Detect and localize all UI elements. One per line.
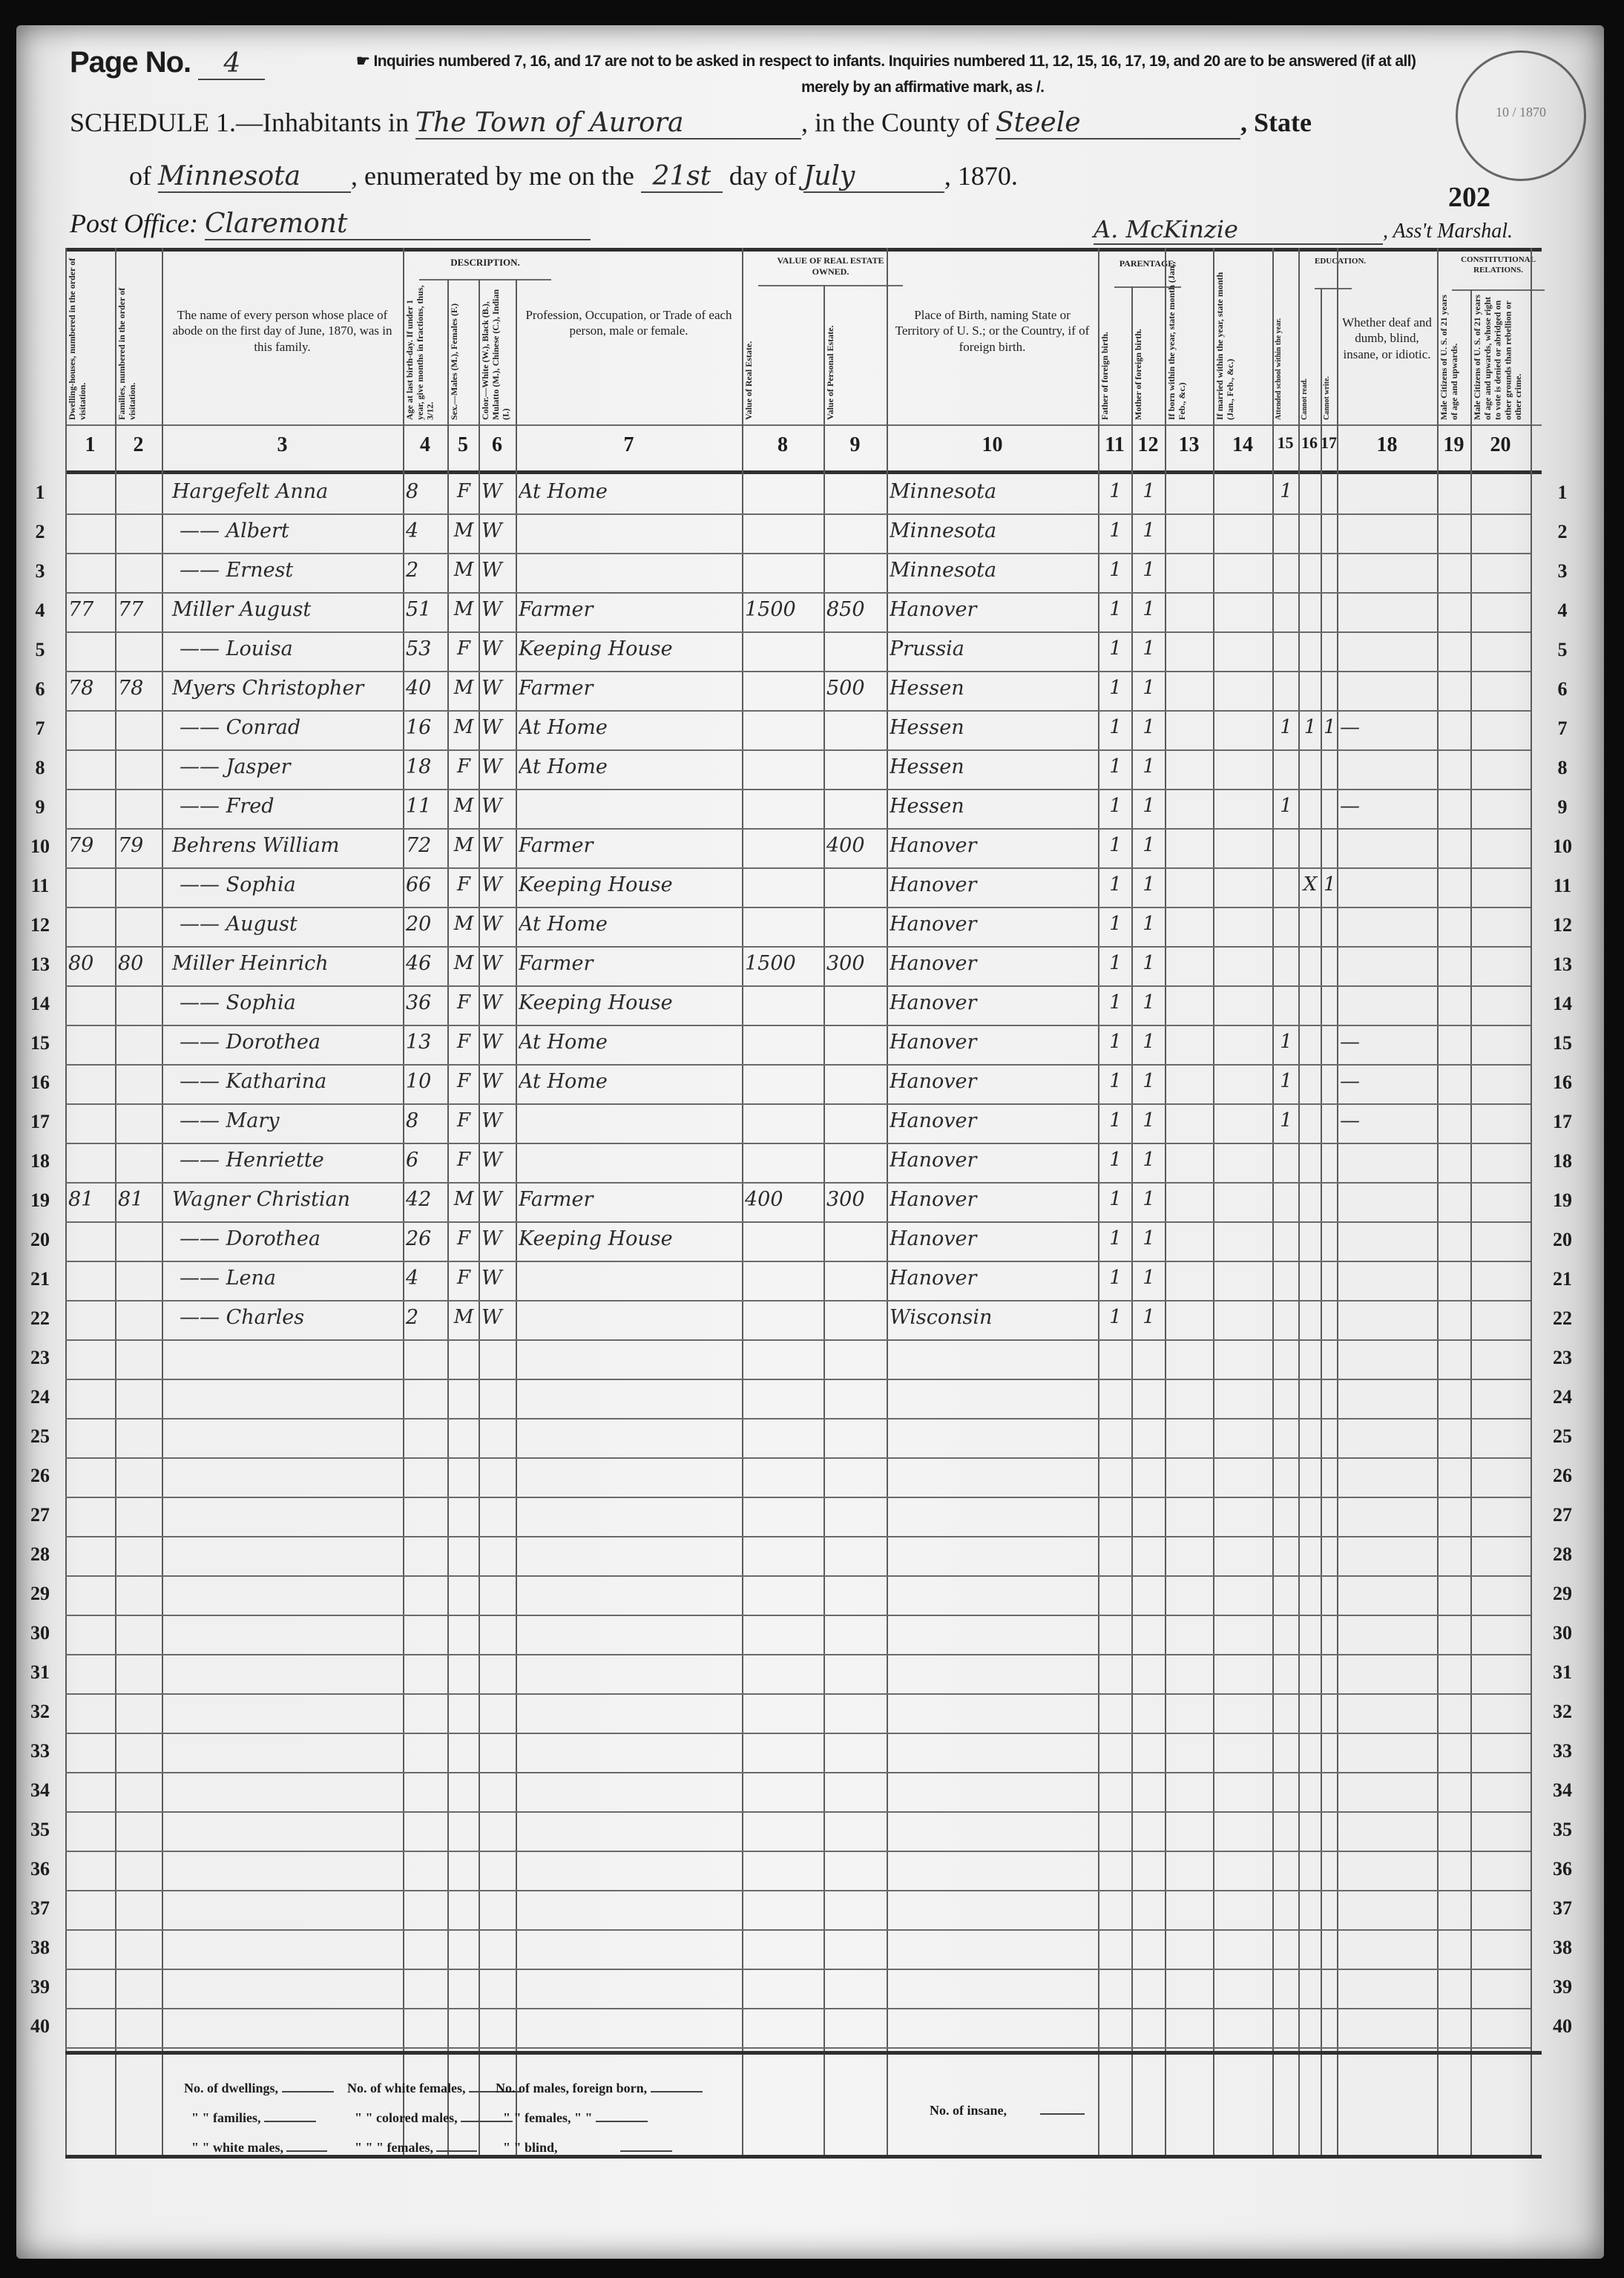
row-rule: [65, 1890, 1531, 1891]
day-value: 21st: [641, 161, 723, 193]
sheet-number: 202: [1448, 181, 1490, 214]
cell-name: —— Ernest: [165, 559, 416, 582]
cell-personal: 300: [826, 952, 885, 975]
state-value: Minnesota: [158, 161, 351, 193]
line-number: 31: [1549, 1661, 1576, 1684]
cell-mother_foreign: 1: [1134, 519, 1163, 542]
column-header-9: Value of Personal Estate.: [826, 288, 884, 420]
cell-family: 80: [118, 952, 160, 975]
line-number: 3: [27, 560, 53, 582]
line-number: 8: [27, 757, 53, 779]
cell-sex: F: [450, 873, 477, 896]
cell-sex: F: [450, 637, 477, 660]
line-number: 12: [1549, 914, 1576, 936]
cell-sex: F: [450, 1109, 477, 1132]
cell-age: 6: [406, 1149, 446, 1172]
cell-occupation: Keeping House: [519, 1227, 740, 1250]
cell-age: 13: [406, 1031, 446, 1054]
cell-name: Behrens William: [165, 834, 409, 857]
cell-mother_foreign: 1: [1134, 913, 1163, 935]
group-rule: [758, 285, 903, 286]
line-number: 22: [1549, 1307, 1576, 1330]
cell-mother_foreign: 1: [1134, 873, 1163, 896]
county-label: , in the County of: [801, 108, 989, 137]
footer-dwellings: No. of dwellings,: [184, 2081, 334, 2096]
row-rule: [65, 1536, 1531, 1537]
column-divider: [447, 279, 449, 2155]
cell-color: W: [481, 716, 514, 739]
group-rule: [419, 279, 551, 280]
footer-blind: " " blind,: [503, 2140, 672, 2156]
stamp-text: 10 / 1870: [1458, 105, 1584, 120]
cell-occupation: At Home: [519, 1031, 740, 1054]
column-number-7: 7: [516, 433, 742, 457]
row-rule: [65, 1969, 1531, 1970]
of-label: of: [129, 161, 151, 191]
schedule-label: SCHEDULE 1.—Inhabitants in: [70, 108, 409, 137]
line-number: 25: [1549, 1425, 1576, 1448]
cell-school: 1: [1275, 1031, 1297, 1053]
column-header-19: Male Citizens of U. S. of 21 years of ag…: [1439, 292, 1468, 420]
marshal-line: A. McKinzie, Ass't Marshal.: [1094, 215, 1513, 245]
cell-deaf: —: [1340, 1109, 1436, 1132]
cell-father_foreign: 1: [1101, 1031, 1130, 1053]
line-number: 38: [27, 1937, 53, 1959]
line-number: 28: [1549, 1543, 1576, 1566]
row-rule: [65, 946, 1531, 948]
cell-family: 81: [118, 1188, 160, 1211]
cell-sex: M: [450, 519, 477, 542]
cell-birthplace: Hanover: [890, 1109, 1097, 1132]
group-value: VALUE OF REAL ESTATE OWNED.: [758, 255, 903, 278]
cell-color: W: [481, 755, 514, 778]
column-header-5: Sex.—Males (M.), Females (F.): [450, 282, 476, 420]
cell-sex: M: [450, 1188, 477, 1210]
cell-name: —— Sophia: [165, 873, 416, 896]
cell-father_foreign: 1: [1101, 519, 1130, 542]
cell-mother_foreign: 1: [1134, 1267, 1163, 1289]
line-number: 37: [1549, 1897, 1576, 1920]
cell-school: 1: [1275, 1070, 1297, 1092]
cell-name: —— Henriette: [165, 1149, 416, 1172]
cell-occupation: At Home: [519, 913, 740, 936]
instructions-line-1: ☛ Inquiries numbered 7, 16, and 17 are n…: [356, 52, 1416, 70]
row-rule: [65, 1339, 1531, 1341]
line-number: 29: [1549, 1583, 1576, 1605]
column-divider: [115, 248, 116, 2155]
cell-occupation: At Home: [519, 755, 740, 778]
cell-dwelling: 80: [68, 952, 114, 975]
cell-father_foreign: 1: [1101, 834, 1130, 856]
column-divider: [162, 248, 163, 2155]
cell-sex: F: [450, 1031, 477, 1053]
cell-sex: F: [450, 1267, 477, 1289]
cell-color: W: [481, 1149, 514, 1172]
column-divider: [479, 279, 480, 2155]
row-rule: [65, 749, 1531, 751]
column-number-1: 1: [65, 433, 115, 457]
row-rule: [65, 1693, 1531, 1695]
cell-birthplace: Hanover: [890, 991, 1097, 1014]
cell-family: 79: [118, 834, 160, 857]
line-number: 40: [27, 2015, 53, 2038]
column-number-11: 11: [1098, 433, 1131, 457]
column-number-3: 3: [162, 433, 403, 457]
row-rule: [65, 1811, 1531, 1813]
cell-name: Miller Heinrich: [165, 952, 409, 975]
column-number-6: 6: [479, 433, 516, 457]
column-header-14: If married within the year, state month …: [1215, 252, 1270, 420]
group-education: EDUCATION.: [1315, 257, 1352, 267]
cell-age: 26: [406, 1227, 446, 1250]
page-number-label: Page No. 4: [70, 46, 265, 80]
cell-age: 4: [406, 1267, 446, 1290]
line-number: 24: [27, 1386, 53, 1408]
cell-age: 8: [406, 1109, 446, 1132]
cell-father_foreign: 1: [1101, 873, 1130, 896]
cell-cannot_read: X: [1301, 873, 1319, 896]
cell-age: 66: [406, 873, 446, 896]
cell-color: W: [481, 480, 514, 503]
footer-white-females: No. of white females,: [347, 2081, 521, 2096]
column-header-12: Mother of foreign birth.: [1134, 289, 1163, 420]
column-divider: [65, 248, 67, 2155]
cell-age: 2: [406, 1306, 446, 1329]
line-number: 33: [1549, 1740, 1576, 1762]
line-number: 11: [27, 875, 53, 897]
line-number: 14: [27, 993, 53, 1015]
cell-birthplace: Hessen: [890, 677, 1097, 700]
cell-father_foreign: 1: [1101, 952, 1130, 974]
cell-father_foreign: 1: [1101, 598, 1130, 620]
cell-name: —— Katharina: [165, 1070, 416, 1093]
cell-color: W: [481, 1031, 514, 1054]
footer-families: " " families,: [191, 2110, 316, 2126]
line-number: 20: [27, 1229, 53, 1251]
footer-top-rule: [65, 2051, 1542, 2055]
column-divider: [1272, 248, 1274, 2155]
column-header-17: Cannot write.: [1323, 291, 1335, 420]
cell-occupation: Keeping House: [519, 991, 740, 1014]
cell-birthplace: Hanover: [890, 1070, 1097, 1093]
cell-personal: 300: [826, 1188, 885, 1211]
cell-school: 1: [1275, 795, 1297, 817]
cell-age: 2: [406, 559, 446, 582]
cell-school: 1: [1275, 480, 1297, 502]
row-rule: [65, 2008, 1531, 2009]
cell-name: —— Charles: [165, 1306, 416, 1329]
column-number-20: 20: [1470, 433, 1531, 457]
cell-real: 1500: [745, 598, 822, 621]
line-number: 3: [1549, 560, 1576, 582]
line-number: 27: [1549, 1504, 1576, 1526]
cell-color: W: [481, 913, 514, 936]
column-divider: [1437, 248, 1439, 2155]
line-number: 35: [1549, 1819, 1576, 1841]
cell-color: W: [481, 1070, 514, 1093]
line-number: 17: [27, 1111, 53, 1133]
cell-personal: 500: [826, 677, 885, 700]
column-divider: [1131, 286, 1133, 2155]
cell-sex: M: [450, 834, 477, 856]
row-rule: [65, 2047, 1531, 2049]
cell-birthplace: Hanover: [890, 834, 1097, 857]
line-number: 13: [27, 953, 53, 976]
line-number: 12: [27, 914, 53, 936]
line-number: 33: [27, 1740, 53, 1762]
cell-occupation: Farmer: [519, 952, 740, 975]
column-header-13: If born within the year, state month (Ja…: [1167, 252, 1211, 420]
schedule-line: SCHEDULE 1.—Inhabitants in The Town of A…: [70, 107, 1312, 139]
cell-mother_foreign: 1: [1134, 637, 1163, 660]
cell-father_foreign: 1: [1101, 1070, 1130, 1092]
cell-sex: F: [450, 1070, 477, 1092]
cell-mother_foreign: 1: [1134, 1149, 1163, 1171]
line-number: 18: [1549, 1150, 1576, 1172]
cell-birthplace: Hanover: [890, 1227, 1097, 1250]
cell-age: 20: [406, 913, 446, 936]
line-number: 28: [27, 1543, 53, 1566]
column-header-16: Cannot read.: [1301, 291, 1318, 420]
column-number-17: 17: [1321, 433, 1337, 453]
row-rule: [65, 1261, 1531, 1262]
line-number: 39: [1549, 1976, 1576, 1998]
census-table: DESCRIPTION. VALUE OF REAL ESTATE OWNED.…: [65, 248, 1542, 2147]
month-value: July: [803, 161, 944, 193]
cell-sex: F: [450, 480, 477, 502]
cell-color: W: [481, 795, 514, 818]
cell-sex: M: [450, 952, 477, 974]
line-number: 21: [1549, 1268, 1576, 1290]
column-divider: [823, 285, 825, 2155]
county-value: Steele: [996, 108, 1240, 139]
row-rule: [65, 1143, 1531, 1144]
column-divider: [887, 248, 888, 2155]
line-number: 15: [27, 1032, 53, 1054]
enumerated-label: , enumerated by me on the: [351, 161, 634, 191]
column-divider: [1213, 248, 1214, 2155]
cell-name: Miller August: [165, 598, 409, 621]
column-divider: [1298, 248, 1300, 2155]
line-number: 26: [1549, 1465, 1576, 1487]
line-number: 27: [27, 1504, 53, 1526]
line-number: 39: [27, 1976, 53, 1998]
line-number: 34: [27, 1779, 53, 1802]
cell-occupation: Keeping House: [519, 637, 740, 660]
line-number: 2: [27, 521, 53, 543]
cell-mother_foreign: 1: [1134, 559, 1163, 581]
cell-name: —— August: [165, 913, 416, 936]
cell-name: —— Fred: [165, 795, 416, 818]
cell-occupation: Keeping House: [519, 873, 740, 896]
line-number: 34: [1549, 1779, 1576, 1802]
column-number-8: 8: [742, 433, 823, 457]
cell-birthplace: Hessen: [890, 795, 1097, 818]
line-number: 15: [1549, 1032, 1576, 1054]
line-number: 40: [1549, 2015, 1576, 2038]
enumeration-line: of Minnesota, enumerated by me on the 21…: [129, 160, 1018, 193]
cell-sex: M: [450, 598, 477, 620]
column-number-13: 13: [1165, 433, 1213, 457]
day-of-label: day of: [729, 161, 797, 191]
footer-insane: No. of insane,: [930, 2103, 1085, 2118]
cell-sex: M: [450, 913, 477, 935]
line-number: 26: [27, 1465, 53, 1487]
cell-color: W: [481, 559, 514, 582]
cell-age: 42: [406, 1188, 446, 1211]
cell-mother_foreign: 1: [1134, 952, 1163, 974]
column-number-15: 15: [1272, 433, 1298, 453]
cell-name: —— Mary: [165, 1109, 416, 1132]
column-header-7: Profession, Occupation, or Trade of each…: [520, 307, 737, 339]
cell-father_foreign: 1: [1101, 991, 1130, 1014]
column-header-10: Place of Birth, naming State or Territor…: [891, 307, 1094, 355]
year-label: , 1870.: [944, 161, 1018, 191]
cell-occupation: Farmer: [519, 677, 740, 700]
post-office-line: Post Office: Claremont: [70, 208, 591, 240]
footer-foreign-females: " " females, " ": [503, 2110, 648, 2126]
row-rule: [65, 1025, 1531, 1026]
line-number: 30: [27, 1622, 53, 1644]
row-rule: [65, 1615, 1531, 1616]
cell-birthplace: Hanover: [890, 598, 1097, 621]
row-rule: [65, 828, 1531, 830]
cell-deaf: —: [1340, 1031, 1436, 1054]
cell-color: W: [481, 1267, 514, 1290]
cell-age: 4: [406, 519, 446, 542]
column-header-8: Value of Real Estate.: [744, 288, 821, 420]
line-number: 30: [1549, 1622, 1576, 1644]
column-number-18: 18: [1337, 433, 1437, 457]
census-sheet: Page No. 4 ☛ Inquiries numbered 7, 16, a…: [16, 25, 1604, 2259]
cell-age: 40: [406, 677, 446, 700]
column-header-3: The name of every person whose place of …: [166, 307, 398, 355]
line-number: 13: [1549, 953, 1576, 976]
row-rule: [65, 907, 1531, 908]
column-number-12: 12: [1131, 433, 1165, 457]
column-number-16: 16: [1298, 433, 1321, 453]
column-header-20: Male Citizens of U. S. of 21 years of ag…: [1473, 292, 1528, 420]
cell-birthplace: Hanover: [890, 1031, 1097, 1054]
column-header-18: Whether deaf and dumb, blind, insane, or…: [1341, 315, 1433, 362]
row-rule: [65, 671, 1531, 672]
cell-mother_foreign: 1: [1134, 1070, 1163, 1092]
cell-birthplace: Minnesota: [890, 559, 1097, 582]
cell-birthplace: Hanover: [890, 1267, 1097, 1290]
line-number: 16: [27, 1071, 53, 1094]
line-number: 10: [27, 836, 53, 858]
line-number: 25: [27, 1425, 53, 1448]
cell-father_foreign: 1: [1101, 1306, 1130, 1328]
line-number: 1: [27, 482, 53, 504]
cell-sex: M: [450, 795, 477, 817]
line-number: 16: [1549, 1071, 1576, 1094]
cell-mother_foreign: 1: [1134, 677, 1163, 699]
cell-sex: M: [450, 1306, 477, 1328]
cell-name: Myers Christopher: [165, 677, 409, 700]
cell-color: W: [481, 834, 514, 857]
line-number: 6: [27, 678, 53, 700]
cell-birthplace: Hanover: [890, 1149, 1097, 1172]
cell-cannot_write: 1: [1324, 716, 1335, 738]
cell-occupation: Farmer: [519, 1188, 740, 1211]
line-number: 23: [27, 1347, 53, 1369]
cell-family: 78: [118, 677, 160, 700]
cell-father_foreign: 1: [1101, 755, 1130, 778]
cell-deaf: —: [1340, 716, 1436, 739]
line-number: 32: [1549, 1701, 1576, 1723]
cell-occupation: At Home: [519, 716, 740, 739]
column-header-1: Dwelling-houses, numbered in the order o…: [68, 252, 113, 420]
column-number-9: 9: [823, 433, 887, 457]
row-rule: [65, 789, 1531, 790]
cell-age: 72: [406, 834, 446, 857]
column-divider: [1098, 248, 1099, 2155]
cell-father_foreign: 1: [1101, 637, 1130, 660]
row-rule: [65, 1733, 1531, 1734]
line-number: 11: [1549, 875, 1576, 897]
cell-age: 51: [406, 598, 446, 621]
cell-father_foreign: 1: [1101, 559, 1130, 581]
line-number: 4: [1549, 600, 1576, 622]
cell-occupation: Farmer: [519, 834, 740, 857]
line-number: 22: [27, 1307, 53, 1330]
stamp-seal: 10 / 1870: [1456, 50, 1586, 181]
cell-mother_foreign: 1: [1134, 1306, 1163, 1328]
row-rule: [65, 631, 1531, 633]
row-rule: [65, 1575, 1531, 1577]
cell-sex: M: [450, 716, 477, 738]
line-number: 20: [1549, 1229, 1576, 1251]
line-number: 37: [27, 1897, 53, 1920]
line-number: 8: [1549, 757, 1576, 779]
footer-foreign-males: No. of males, foreign born,: [496, 2081, 703, 2096]
cell-color: W: [481, 1227, 514, 1250]
cell-color: W: [481, 952, 514, 975]
cell-age: 11: [406, 795, 446, 818]
row-rule: [65, 1103, 1531, 1105]
cell-school: 1: [1275, 716, 1297, 738]
cell-personal: 400: [826, 834, 885, 857]
cell-father_foreign: 1: [1101, 913, 1130, 935]
cell-real: 400: [745, 1188, 822, 1211]
cell-dwelling: 78: [68, 677, 114, 700]
column-divider: [516, 279, 517, 2155]
cell-mother_foreign: 1: [1134, 834, 1163, 856]
column-number-5: 5: [447, 433, 479, 457]
row-rule: [65, 1457, 1531, 1459]
cell-birthplace: Hanover: [890, 873, 1097, 896]
cell-age: 16: [406, 716, 446, 739]
row-rule: [65, 1064, 1531, 1066]
row-rule: [65, 1654, 1531, 1655]
line-number: 5: [27, 639, 53, 661]
cell-name: Wagner Christian: [165, 1188, 409, 1211]
cell-color: W: [481, 991, 514, 1014]
cell-name: —— Albert: [165, 519, 416, 542]
cell-family: 77: [118, 598, 160, 621]
row-rule: [65, 1221, 1531, 1223]
line-number: 17: [1549, 1111, 1576, 1133]
row-rule: [65, 1379, 1531, 1380]
line-number: 38: [1549, 1937, 1576, 1959]
line-number: 6: [1549, 678, 1576, 700]
cell-birthplace: Minnesota: [890, 480, 1097, 503]
cell-color: W: [481, 1306, 514, 1329]
line-number: 19: [27, 1189, 53, 1212]
cell-father_foreign: 1: [1101, 1149, 1130, 1171]
cell-color: W: [481, 1188, 514, 1211]
